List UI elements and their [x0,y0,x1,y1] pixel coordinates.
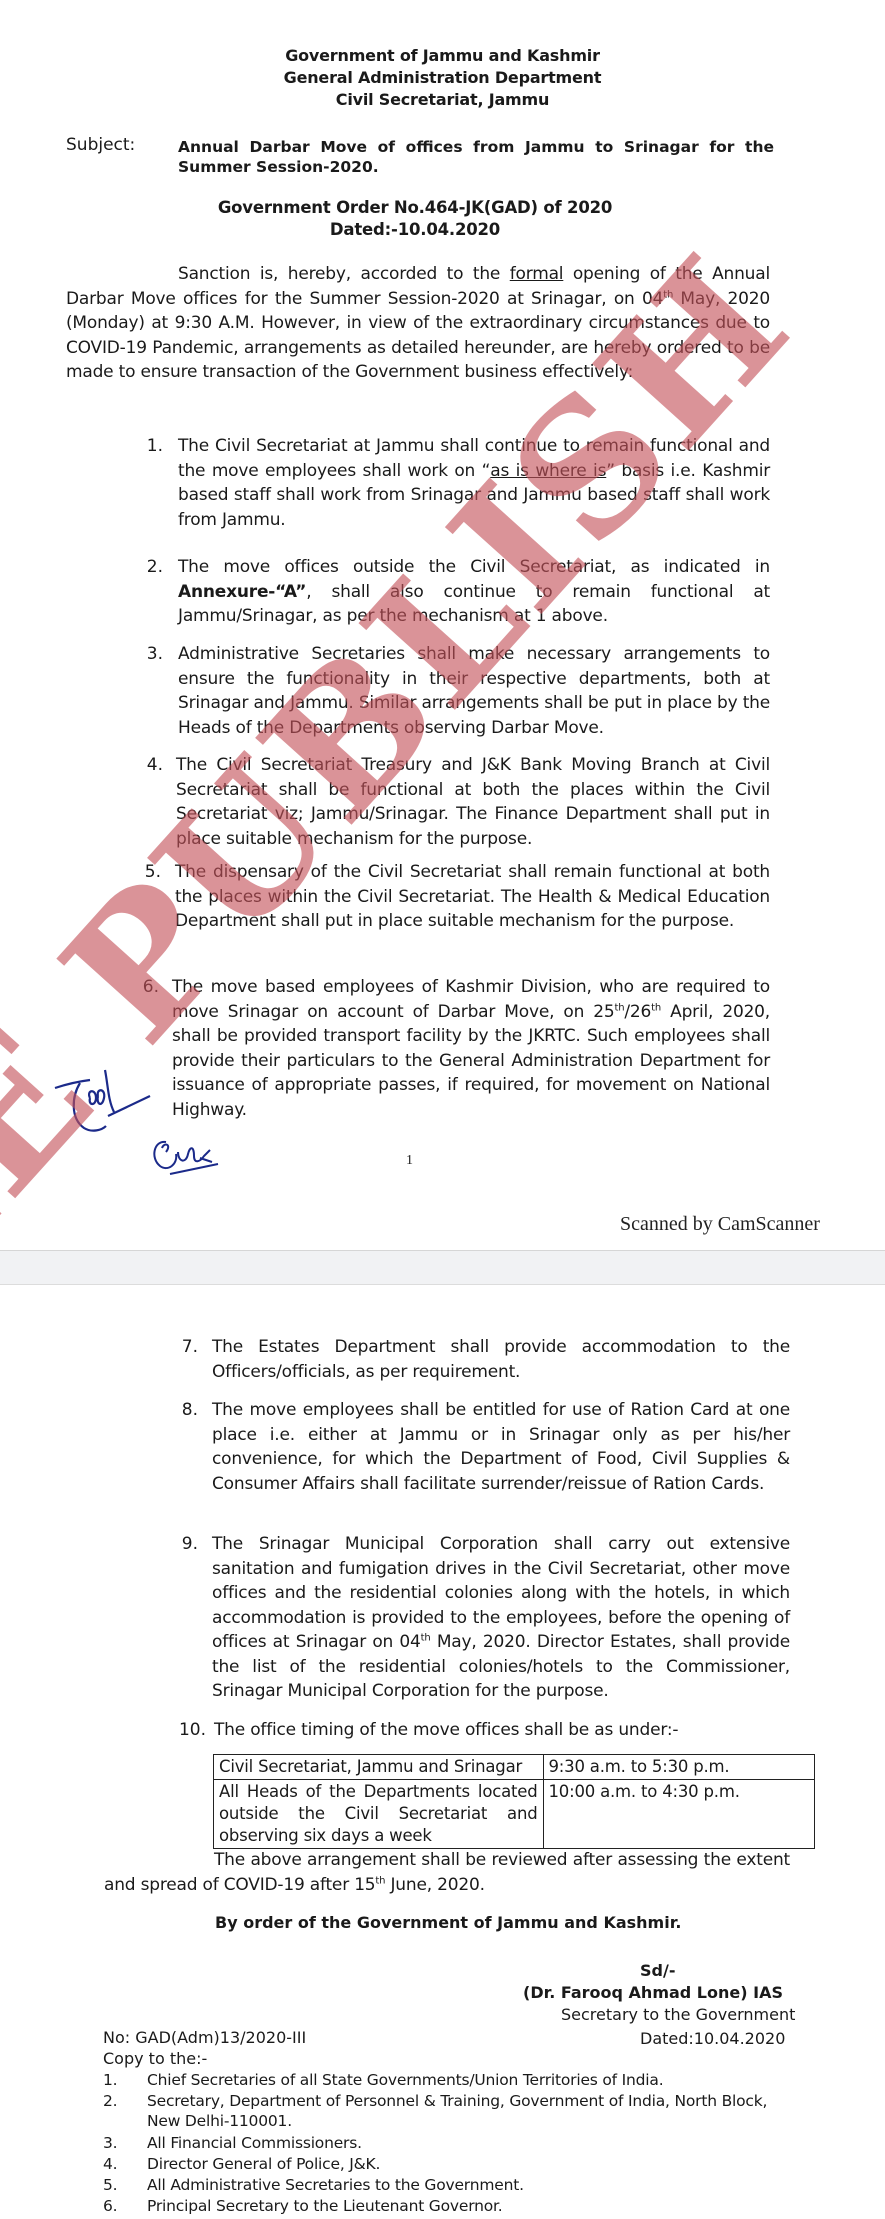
order-item-6: The move based employees of Kashmir Divi… [172,975,770,1122]
order-date: Dated:-10.04.2020 [0,220,830,240]
item-number: 1. [133,434,163,459]
timing-cell: 9:30 a.m. to 5:30 p.m. [543,1755,815,1780]
table-row: Civil Secretariat, Jammu and Srinagar 9:… [214,1755,815,1780]
signatory-name: (Dr. Farooq Ahmad Lone) IAS [523,1983,783,2002]
header-office: Civil Secretariat, Jammu [0,90,885,110]
office-cell: Civil Secretariat, Jammu and Srinagar [214,1755,544,1780]
signatory-title: Secretary to the Government [561,2005,795,2024]
page-separator [0,1251,885,1285]
review-paragraph: The above arrangement shall be reviewed … [104,1848,790,1897]
initials-signature-2-icon [148,1132,228,1177]
subject-line-2: Summer Session-2020. [178,157,379,177]
office-timing-table: Civil Secretariat, Jammu and Srinagar 9:… [213,1754,815,1849]
scanner-footer: Scanned by CamScanner [620,1213,820,1236]
signature-sd: Sd/- [640,1961,675,1980]
copy-to-label: Copy to the:- [103,2049,207,2068]
item-number: 2. [133,555,163,580]
document-page-2: 7. The Estates Department shall provide … [0,1285,885,2219]
item-number: 10. [176,1718,206,1743]
order-item-7: The Estates Department shall provide acc… [212,1335,790,1384]
order-item-2: The move offices outside the Civil Secre… [178,555,770,629]
order-number: Government Order No.464-JK(GAD) of 2020 [0,198,830,218]
item-number: 6. [129,975,159,1000]
item-number: 3. [133,642,163,667]
item-number: 7. [168,1335,198,1360]
table-row: All Heads of the Departments located out… [214,1780,815,1849]
copy-to-item-continuation: New Delhi-110001. [147,2111,292,2131]
order-item-8: The move employees shall be entitled for… [212,1398,790,1496]
timing-cell: 10:00 a.m. to 4:30 p.m. [543,1780,815,1849]
item-number: 9. [168,1532,198,1557]
header-government: Government of Jammu and Kashmir [0,46,885,66]
item-number: 4. [133,753,163,778]
by-order-line: By order of the Government of Jammu and … [215,1913,681,1932]
signatory-date: Dated:10.04.2020 [640,2029,785,2048]
subject-line-1: Annual Darbar Move of offices from Jammu… [178,137,774,157]
order-item-10: The office timing of the move offices sh… [214,1718,774,1743]
reference-number: No: GAD(Adm)13/2020-III [103,2028,306,2047]
page-number: 1 [406,1153,413,1169]
order-item-3: Administrative Secretaries shall make ne… [178,642,770,740]
item-number: 5. [131,860,161,885]
subject-label: Subject: [66,135,135,155]
order-item-9: The Srinagar Municipal Corporation shall… [212,1532,790,1704]
order-item-1: The Civil Secretariat at Jammu shall con… [178,434,770,532]
document-page-1: Government of Jammu and Kashmir General … [0,0,885,1251]
intro-paragraph: Sanction is, hereby, accorded to the for… [66,262,770,385]
header-department: General Administration Department [0,68,885,88]
order-item-5: The dispensary of the Civil Secretariat … [175,860,770,934]
order-item-4: The Civil Secretariat Treasury and J&K B… [176,753,770,851]
office-cell: All Heads of the Departments located out… [214,1780,544,1849]
initials-signature-icon [50,1050,160,1140]
item-number: 8. [168,1398,198,1423]
